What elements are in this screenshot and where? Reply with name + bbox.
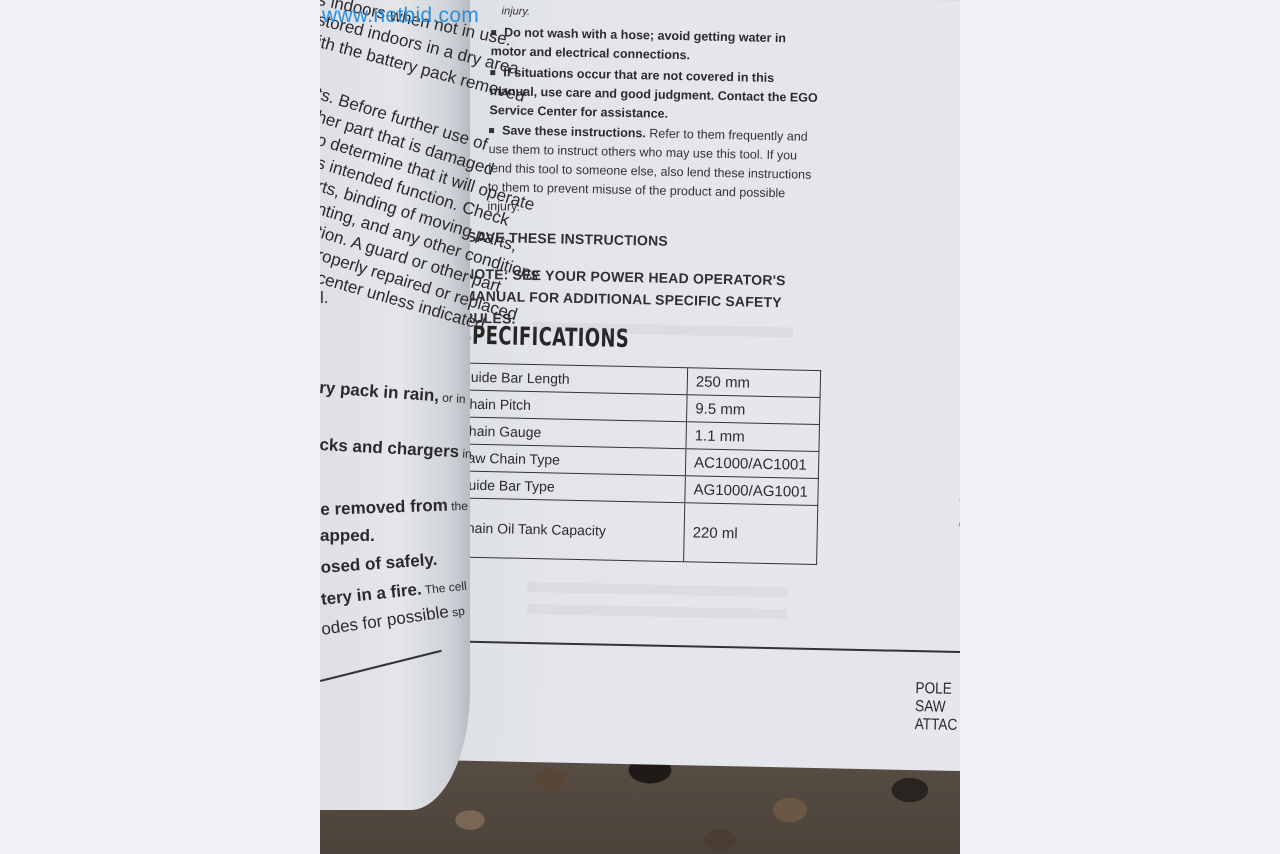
notice-block: NOTICE: The vibr power tool can dif tool…	[959, 450, 960, 537]
photo: injury. Do not wash with a hose; avoid g…	[320, 0, 960, 854]
bullet-icon	[489, 128, 494, 133]
left-footer-rule	[320, 650, 442, 682]
far-right-bullets: The above par equipped with The declared…	[959, 285, 960, 537]
footer-rule	[446, 640, 960, 654]
table-row: Chain Oil Tank Capacity220 ml	[452, 498, 818, 565]
bullet-save: Save these instructions. Refer to them f…	[487, 121, 819, 223]
footer-title: POLE SAW ATTAC	[915, 680, 960, 735]
watermark: www.netbid.com	[322, 4, 479, 28]
right-page: injury. Do not wash with a hose; avoid g…	[424, 0, 960, 772]
top-fragment: injury.	[501, 5, 530, 18]
specifications-table: Guide Bar Length250 mm Chain Pitch9.5 mm…	[452, 362, 821, 565]
bullet-wash: Do not wash with a hose; avoid getting w…	[491, 23, 822, 68]
left-page: s indoors when not in use. stored indoor…	[320, 0, 470, 810]
bullet-situations: If situations occur that are not covered…	[489, 63, 820, 127]
